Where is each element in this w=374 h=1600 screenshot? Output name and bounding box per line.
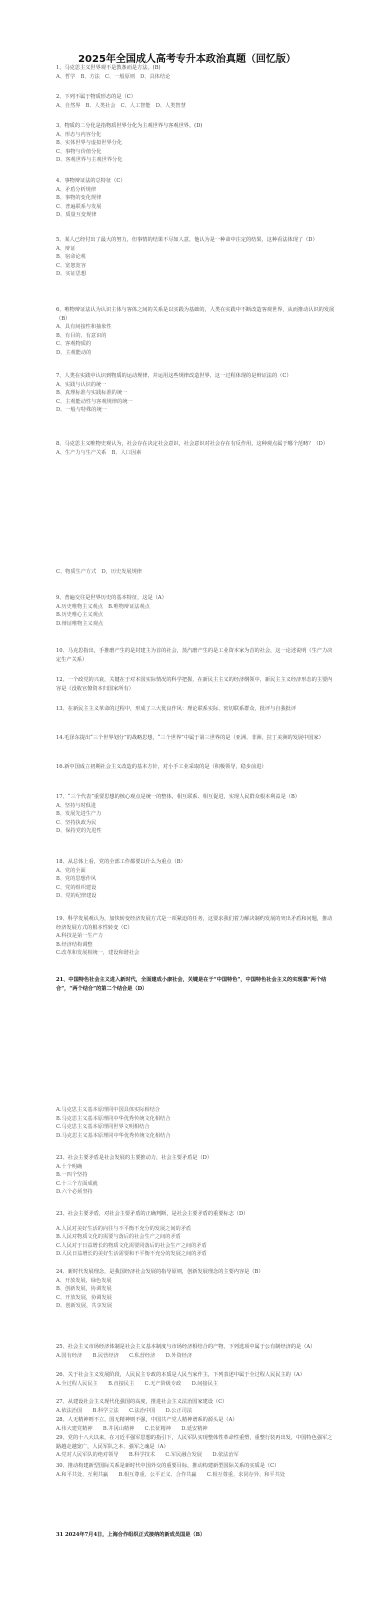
- question-option: B、事物的变化规律: [56, 194, 336, 203]
- question-option: A、开放发展，绿色发展: [56, 1277, 336, 1286]
- question-stem: 2、下列不属于物质形态的是（C）: [56, 93, 336, 102]
- question-6: 6、唯物辩证法认为认识主体与客体之间的关系是以实践为基础的，人类在实践中不断改造…: [56, 306, 336, 358]
- question-option: B.历史唯心主义观点: [56, 611, 336, 620]
- question-option: A.全过程人民民主 B.直接民主 C.无产阶级专政 D.间接民主: [56, 1380, 336, 1389]
- question-option: A、实践与认识的统一: [56, 381, 336, 390]
- question-option: A.十个明确: [56, 1163, 336, 1172]
- question-14: 14.毛泽东提出“三个世界划分”的战略思想，“三个世界”中属于第三世界的是（亚洲…: [56, 734, 336, 743]
- question-option: B.马克思主义基本原理同中华优秀传统文化相结合: [56, 1115, 336, 1124]
- question-3: 3、物质的二分化是指物质世界分化为主观世界与客观世界。(D) A、形态与内容分化…: [56, 122, 336, 165]
- question-29: 29、党的十八大以来，在习近平强军思想的指引下，人民军队实现整体性革命性重塑，重…: [56, 1434, 336, 1460]
- question-option: C、开放发展，协调发展: [56, 1294, 336, 1303]
- document-title: 2025年全国成人高考专升本政治真题（回忆版）: [0, 50, 374, 65]
- question-stem: 25、社会主义市场经济体制是社会主义基本制度与市场经济相结合的产物，下列选项中属…: [56, 1343, 336, 1352]
- question-23: 23、社会主要矛盾是社会发展的主要推动力，社会主要矛盾是（D） A.十个明确 B…: [56, 1154, 336, 1197]
- question-stem: 14.毛泽东提出“三个世界划分”的战略思想，“三个世界”中属于第三世界的是（亚洲…: [56, 734, 336, 743]
- question-8: 8、马克思主义唯物史观认为，社会存在决定社会意识，社会意识对社会存在有反作用，这…: [56, 440, 336, 457]
- question-option: B.人民对物质文化的需要与落后的社会生产之间的矛盾: [56, 1233, 336, 1242]
- question-option: C、客观物质的: [56, 340, 336, 349]
- question-option: D、质量互变规律: [56, 211, 336, 220]
- question-4: 4、事物辩证法的总特征（C） A、矛盾分析规律 B、事物的变化规律 C、普遍联系…: [56, 177, 336, 220]
- question-stem: 29、党的十八大以来，在习近平强军思想的指引下，人民军队实现整体性革命性重塑，重…: [56, 1434, 336, 1451]
- question-option: D、保持党的先进性: [56, 827, 336, 836]
- question-option: C、党的组织建设: [56, 884, 336, 893]
- question-option: B.经济结构调整: [56, 941, 336, 950]
- question-option: A.伟大建党精神 B.井冈山精神 C.长征精神 D.延安精神: [56, 1425, 336, 1434]
- question-13: 13、在新民主主义革命的过程中，形成了三大优良作风：理论联系实际、密切联系群众、…: [56, 705, 336, 714]
- question-option: B、有目的、有意识的: [56, 332, 336, 341]
- question-30: 30、推动构建新型国际关系是新时代中国外交的重要目标，推动构建新型国际关系的实质…: [56, 1462, 336, 1479]
- question-stem: 1、马克思主义世界观不是教条而是方法。(B): [56, 64, 336, 73]
- question-option: A.历史唯物主义观点 B.唯物辩证法观点: [56, 603, 336, 612]
- question-19: 19、科学发展观认为，加快转变经济发展方式是一项紧迫的任务，这要求我们着力解决制…: [56, 915, 336, 958]
- question-option: C、坚持执政为民: [56, 819, 336, 828]
- question-option: C、主观能动性与客观规律的统一: [56, 398, 336, 407]
- question-stem: 17、“三个代表”重要思想的核心观点是统一的整体，相互联系、相互促进，实现人民群…: [56, 793, 336, 802]
- question-2: 2、下列不属于物质形态的是（C） A、自然界 B、人类社会 C、人工智能 D、人…: [56, 93, 336, 110]
- question-option: A、生产力与生产关系 B、人口因素: [56, 449, 336, 458]
- question-28: 28、人无精神则不立，国无精神则不强，中国共产党人精神谱系的源头是（A） A.伟…: [56, 1416, 336, 1433]
- question-stem: 21、中国特色社会主义进入新时代，全面建成小康社会，关键是在于“中国特色”，中国…: [56, 976, 336, 993]
- question-stem: 18、从总体上看，党的全部工作都要以什么为重点（B）: [56, 858, 336, 867]
- question-option: C、普遍联系与发展: [56, 203, 336, 212]
- question-stem: 19、科学发展观认为，加快转变经济发展方式是一项紧迫的任务，这要求我们着力解决制…: [56, 915, 336, 932]
- question-option: A、矛盾分析规律: [56, 186, 336, 195]
- question-option: C.改革和发展相统一，建设和谐社会: [56, 949, 336, 958]
- question-9: 9、普遍交往是世界历史的基本特征，这是（A） A.历史唯物主义观点 B.唯物辩证…: [56, 594, 336, 628]
- question-stem: 13、在新民主主义革命的过程中，形成了三大优良作风：理论联系实际、密切联系群众、…: [56, 705, 336, 714]
- question-1: 1、马克思主义世界观不是教条而是方法。(B) A、哲学 B、方法 C、一般原则 …: [56, 64, 336, 81]
- question-option: B、发展先进生产力: [56, 810, 336, 819]
- question-option: C.马克思主义基本原理同世界文明相结合: [56, 1123, 336, 1132]
- question-option: D.六个必须坚持: [56, 1188, 336, 1197]
- question-stem: 23、社会主要矛盾是社会发展的主要推动力，社会主要矛盾是（D）: [56, 1154, 336, 1163]
- question-option: A、辩证: [56, 245, 336, 254]
- question-16: 16.新中国成立初期社会主义改造的基本方针，对小手工业采取的是（积极领导，稳步前…: [56, 763, 336, 772]
- question-31: 31 2024年7月4日，上海合作组织正式接纳的新成员国是（B）: [56, 1531, 336, 1540]
- question-option: A、具有间接性和抽象性: [56, 323, 336, 332]
- question-option: A、自然界 B、人类社会 C、人工智能 D、人类智慧: [56, 102, 336, 111]
- question-23b: 23、社会主要矛盾，对社会主要矛盾的正确判断，是社会主要矛盾的重要标志（D） A…: [56, 1210, 336, 1259]
- question-option: B、党的思想作风: [56, 875, 336, 884]
- question-option: C、事物与价值分化: [56, 148, 336, 157]
- question-option: A.人民对美好生活的向往与不平衡不充分的发展之间的矛盾: [56, 1225, 336, 1234]
- question-option: A、形态与内容分化: [56, 131, 336, 140]
- question-option: A.依法治国 B.科学立法 C.法治中国 D.公正司法: [56, 1407, 336, 1416]
- question-option: B、宿命论观: [56, 253, 336, 262]
- question-option: D、客观世界与主观世界分化: [56, 156, 336, 165]
- question-option: D.人民日益增长的美好生活需要和不平衡不充分的发展之间的矛盾: [56, 1250, 336, 1259]
- question-stem: 26、关于社会主义发展阶段，人民民主专政的本质是人民当家作主，下列表述中属于全过…: [56, 1371, 336, 1380]
- question-stem: 5、某人已经付出了最大的努力，但事情的结果不尽如人意，他认为是一种命中注定的结果…: [56, 236, 336, 245]
- question-option: D、主观能动的: [56, 349, 336, 358]
- question-option: A.科技是第一生产力: [56, 932, 336, 941]
- question-stem: 23、社会主要矛盾，对社会主要矛盾的正确判断，是社会主要矛盾的重要标志（D）: [56, 1210, 336, 1219]
- question-5: 5、某人已经付出了最大的努力，但事情的结果不尽如人意，他认为是一种命中注定的结果…: [56, 236, 336, 279]
- question-8-continued: C、物质生产方式 D、历史发展规律: [56, 568, 336, 577]
- question-option: D.辩证唯物主义观点: [56, 620, 336, 629]
- question-stem: 8、马克思主义唯物史观认为，社会存在决定社会意识，社会意识对社会存在有反作用，这…: [56, 440, 336, 449]
- question-option: A.国有经济 B.民营经济 C.私营经济 D.外资经济: [56, 1352, 336, 1361]
- question-18: 18、从总体上看，党的全部工作都要以什么为重点（B） A、党的全面 B、党的思想…: [56, 858, 336, 901]
- question-option: B、实体世界与虚拟世界分化: [56, 139, 336, 148]
- question-option: D、党的纪律建设: [56, 892, 336, 901]
- question-26: 26、关于社会主义发展阶段，人民民主专政的本质是人民当家作主，下列表述中属于全过…: [56, 1371, 336, 1388]
- question-option: D、一般与特殊的统一: [56, 406, 336, 415]
- question-option: A、哲学 B、方法 C、一般原则 D、具体结论: [56, 73, 336, 82]
- question-option: C、物质生产方式 D、历史发展规律: [56, 568, 336, 577]
- question-option: A、坚持与时俱进: [56, 802, 336, 811]
- question-stem: 4、事物辩证法的总特征（C）: [56, 177, 336, 186]
- question-21: 21、中国特色社会主义进入新时代，全面建成小康社会，关键是在于“中国特色”，中国…: [56, 976, 336, 993]
- question-option: A.和平共处、互利共赢 B.相互尊重、公平正义、合作共赢 C.相互尊重、求同存异…: [56, 1471, 336, 1480]
- question-option: C.人民对于日益增长的物质文化需要同落后的社会生产之间的矛盾: [56, 1242, 336, 1251]
- question-option: D、创新发展，共享发展: [56, 1302, 336, 1311]
- question-option: A.马克思主义基本原理同中国具体实际相结合: [56, 1106, 336, 1115]
- question-option: A.党对人民军队的绝对领导 B.科学技术 C.军民融合发展 D.依法治军: [56, 1451, 336, 1460]
- question-option: C、宽恕宽容: [56, 262, 336, 271]
- question-21-options: A.马克思主义基本原理同中国具体实际相结合 B.马克思主义基本原理同中华优秀传统…: [56, 1106, 336, 1140]
- question-option: D.马克思主义基本原理同中华优秀传统文化相结合: [56, 1132, 336, 1141]
- question-option: C.十三个方面成就: [56, 1180, 336, 1189]
- question-option: B、创新发展，协调发展: [56, 1285, 336, 1294]
- question-stem: 3、物质的二分化是指物质世界分化为主观世界与客观世界。(D): [56, 122, 336, 131]
- question-27: 27、从建设社会主义现代化强国的高度，推进社会主义法治国家建设（C） A.依法治…: [56, 1398, 336, 1415]
- question-stem: 16.新中国成立初期社会主义改造的基本方针，对小手工业采取的是（积极领导，稳步前…: [56, 763, 336, 772]
- question-24: 24、新时代发展理念，是我国经济社会发展的指导原则，创新发展理念的主要内容是（B…: [56, 1268, 336, 1311]
- question-stem: 28、人无精神则不立，国无精神则不强，中国共产党人精神谱系的源头是（A）: [56, 1416, 336, 1425]
- question-stem: 6、唯物辩证法认为认识主体与客体之间的关系是以实践为基础的，人类在实践中不断改造…: [56, 306, 336, 323]
- question-stem: 10、马克思指出，手推磨产生的是封建主为首的社会，蒸汽磨产生的是工业资本家为首的…: [56, 647, 336, 664]
- question-stem: 7、人类在实践中认识到物质的运动规律，并运用这些规律改造世界，这一过程体现的是辩…: [56, 372, 336, 381]
- question-option: D、实证思想: [56, 270, 336, 279]
- question-option: B.一四个坚持: [56, 1171, 336, 1180]
- question-option: A、党的全面: [56, 867, 336, 876]
- question-12: 12、一个政党的兴衰，关键在于对本国实际情况的科学把握，在新民主主义的经济纲领中…: [56, 676, 336, 693]
- question-7: 7、人类在实践中认识到物质的运动规律，并运用这些规律改造世界，这一过程体现的是辩…: [56, 372, 336, 415]
- question-stem: 31 2024年7月4日，上海合作组织正式接纳的新成员国是（B）: [56, 1531, 336, 1540]
- question-10: 10、马克思指出，手推磨产生的是封建主为首的社会，蒸汽磨产生的是工业资本家为首的…: [56, 647, 336, 664]
- question-option: B、真理标准与实践标准的统一: [56, 389, 336, 398]
- question-stem: 24、新时代发展理念，是我国经济社会发展的指导原则，创新发展理念的主要内容是（B…: [56, 1268, 336, 1277]
- question-stem: 27、从建设社会主义现代化强国的高度，推进社会主义法治国家建设（C）: [56, 1398, 336, 1407]
- question-stem: 9、普遍交往是世界历史的基本特征，这是（A）: [56, 594, 336, 603]
- question-25: 25、社会主义市场经济体制是社会主义基本制度与市场经济相结合的产物，下列选项中属…: [56, 1343, 336, 1360]
- question-stem: 12、一个政党的兴衰，关键在于对本国实际情况的科学把握，在新民主主义的经济纲领中…: [56, 676, 336, 693]
- document-page: 2025年全国成人高考专升本政治真题（回忆版） 1、马克思主义世界观不是教条而是…: [0, 0, 374, 1600]
- question-17: 17、“三个代表”重要思想的核心观点是统一的整体，相互联系、相互促进，实现人民群…: [56, 793, 336, 836]
- question-stem: 30、推动构建新型国际关系是新时代中国外交的重要目标，推动构建新型国际关系的实质…: [56, 1462, 336, 1471]
